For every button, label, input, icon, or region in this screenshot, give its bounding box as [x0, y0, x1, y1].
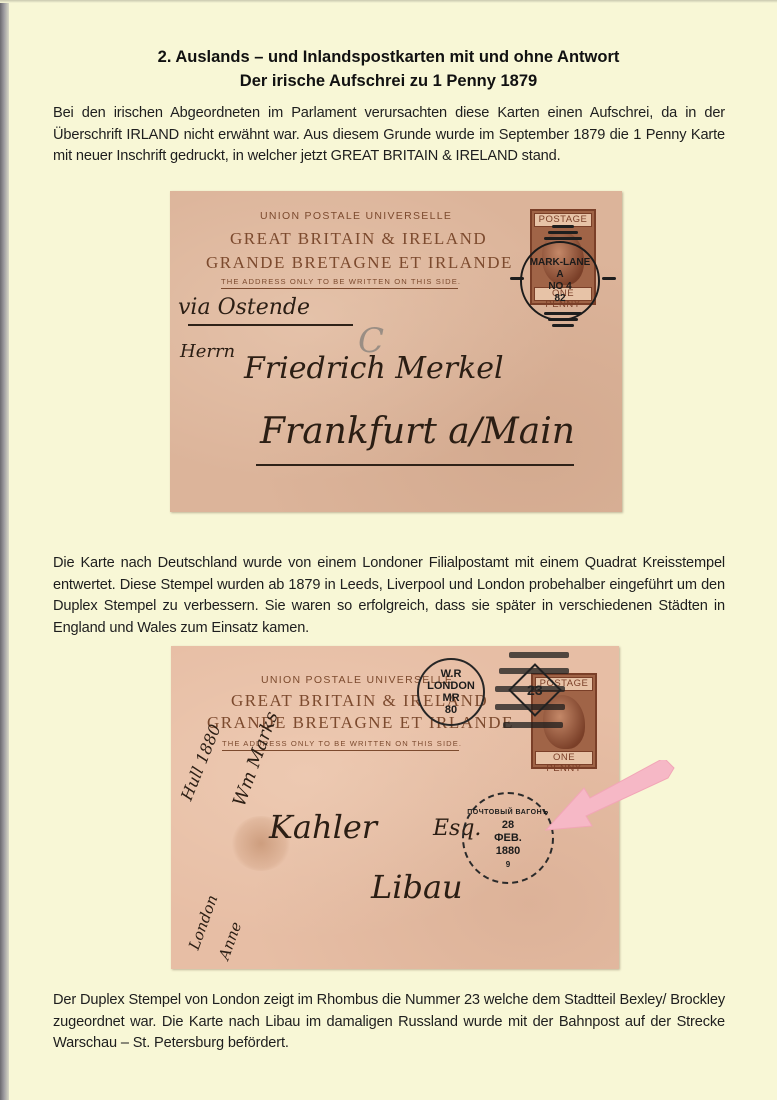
city-underline	[256, 464, 574, 466]
postmark-date: NO 4	[548, 281, 571, 293]
postmark-line1: W.R	[441, 668, 462, 680]
route-handwriting: via Ostende	[178, 295, 310, 320]
pink-pointer-arrow-icon	[540, 760, 680, 840]
postmark-month: ФЕВ.	[494, 832, 522, 845]
page-edge-shadow	[0, 0, 9, 1100]
postmark-year: 1880	[496, 845, 520, 858]
recipient-city-handwriting: Libau	[371, 868, 463, 906]
intro-paragraph: Bei den irischen Abgeordneten im Parlame…	[53, 103, 725, 168]
upu-header: UNION POSTALE UNIVERSELLE	[260, 210, 452, 222]
address-rule	[221, 288, 458, 289]
postmark-train-number: 9	[506, 858, 510, 871]
postmark-city: LONDON	[427, 680, 475, 692]
mark-lane-postmark: MARK-LANE A NO 4 82	[520, 241, 600, 321]
side-note-handwriting-1: Hull 1880	[177, 722, 225, 804]
side-note-handwriting-4: Anne	[215, 919, 245, 962]
postmark-code: A	[556, 269, 563, 281]
country-english: GREAT BRITAIN & IRELAND	[230, 229, 487, 249]
postmark-ring-text: ПОЧТОВЫЙ ВАГОНЪ	[467, 806, 549, 819]
side-note-handwriting-3: London	[185, 892, 221, 952]
route-underline	[188, 324, 353, 326]
middle-paragraph: Die Karte nach Deutschland wurde von ein…	[53, 553, 725, 639]
country-french: GRANDE BRETAGNE ET IRLANDE	[206, 253, 513, 273]
closing-paragraph: Der Duplex Stempel von London zeigt im R…	[53, 990, 725, 1055]
page-top-edge	[0, 0, 777, 3]
recipient-city-handwriting: Frankfurt a/Main	[260, 411, 575, 452]
postmark-year: 82	[554, 293, 565, 305]
page-subtitle: Der irische Aufschrei zu 1 Penny 1879	[0, 70, 777, 92]
london-postmark: W.R LONDON MR 80	[417, 658, 485, 726]
postmark-month: MR	[442, 692, 459, 704]
postmark-town: MARK-LANE	[530, 257, 591, 269]
duplex-number: 23	[527, 682, 543, 698]
address-note: THE ADDRESS ONLY TO BE WRITTEN ON THIS S…	[221, 277, 461, 286]
postmark-year: 80	[445, 704, 457, 716]
postcard-frankfurt: UNION POSTALE UNIVERSELLE GREAT BRITAIN …	[170, 191, 622, 512]
page-title: 2. Auslands – und Inlandspostkarten mit …	[0, 46, 777, 68]
salutation-handwriting: Herrn	[180, 341, 235, 362]
recipient-name-handwriting: Kahler	[269, 808, 377, 846]
postmark-day: 28	[502, 819, 514, 832]
recipient-name-handwriting: Friedrich Merkel	[244, 351, 504, 386]
